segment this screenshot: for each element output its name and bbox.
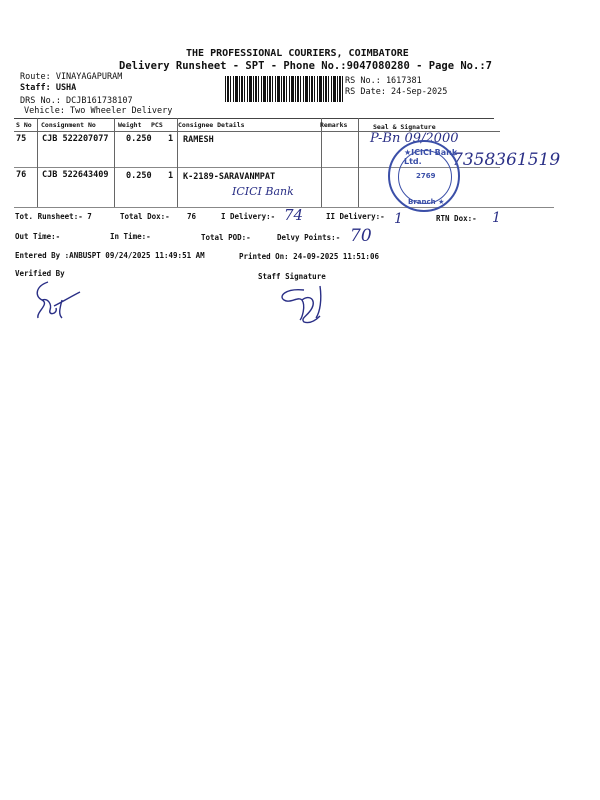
ii-delivery-label: II Delivery:- — [326, 212, 385, 221]
runsheet-subtitle: Delivery Runsheet - SPT - Phone No.:9047… — [119, 60, 492, 72]
rs-number: RS No.: 1617381 — [345, 76, 422, 86]
tot-runsheet: Tot. Runsheet:- 7 — [15, 212, 92, 221]
col-header-seal: Seal & Signature — [373, 123, 436, 131]
col-divider — [358, 118, 359, 207]
verified-by-label: Verified By — [15, 269, 65, 278]
stamp-bottom-text: Branch ★ — [408, 198, 444, 206]
row-75-weight: 0.250 — [126, 134, 152, 144]
staff-signature-label: Staff Signature — [258, 272, 326, 281]
rtn-dox-label: RTN Dox:- — [436, 214, 477, 223]
bank-stamp: ★ICICI Bank Ltd. 2769 Branch ★ — [388, 140, 460, 212]
drs-number: DRS No.: DCJB161738107 — [20, 96, 133, 106]
col-divider — [177, 118, 178, 207]
company-title: THE PROFESSIONAL COURIERS, COIMBATORE — [186, 48, 409, 59]
rtn-dox-value: 1 — [492, 210, 501, 226]
row-76-consignment: CJB 522643409 — [42, 170, 109, 180]
col-header-consignment: Consignment No — [41, 121, 96, 129]
in-time: In Time:- — [110, 232, 151, 241]
ii-delivery-value: 1 — [394, 211, 403, 227]
staff-signature-icon — [276, 282, 331, 327]
rs-date: RS Date: 24-Sep-2025 — [345, 87, 447, 97]
delvy-points-value: 70 — [350, 226, 372, 246]
row-75-sno: 75 — [16, 134, 26, 144]
table-top-border — [14, 118, 494, 119]
verified-signature-icon — [28, 278, 83, 323]
col-header-sno: S No — [16, 121, 32, 129]
row-76-sno: 76 — [16, 170, 26, 180]
col-header-remarks: Remarks — [320, 121, 347, 129]
col-header-weight: Weight — [118, 121, 141, 129]
row-75-consignment: CJB 522207077 — [42, 134, 109, 144]
total-pod: Total POD:- — [201, 233, 251, 242]
stamp-code: 2769 — [416, 172, 435, 180]
stamp-top-text: ★ICICI Bank Ltd. — [404, 148, 458, 166]
entered-by: Entered By :ANBUSPT 09/24/2025 11:49:51 … — [15, 251, 205, 260]
total-dox-value: 76 — [187, 212, 196, 221]
delvy-points-label: Delvy Points:- — [277, 233, 340, 242]
printed-on: Printed On: 24-09-2025 11:51:06 — [239, 252, 379, 261]
row-75-consignee: RAMESH — [183, 135, 214, 145]
handwritten-phone: 7358361519 — [452, 150, 560, 170]
i-delivery-label: I Delivery:- — [221, 212, 275, 221]
handwritten-consignee-note: ICICI Bank — [232, 185, 294, 198]
col-header-consignee: Consignee Details — [178, 121, 245, 129]
out-time: Out Time:- — [15, 232, 60, 241]
total-dox-label: Total Dox:- — [120, 212, 170, 221]
col-header-pcs: PCS — [151, 121, 163, 129]
col-divider — [114, 118, 115, 207]
i-delivery-value: 74 — [284, 206, 303, 224]
col-divider — [37, 118, 38, 207]
row-76-consignee: K-2189-SARAVANMPAT — [183, 172, 275, 182]
row-75-pcs: 1 — [168, 134, 173, 144]
route: Route: VINAYAGAPURAM — [20, 72, 122, 82]
row-76-weight: 0.250 — [126, 171, 152, 181]
col-divider — [321, 118, 322, 207]
staff: Staff: USHA — [20, 83, 76, 93]
barcode — [225, 76, 343, 102]
row-76-pcs: 1 — [168, 171, 173, 181]
vehicle: Vehicle: Two Wheeler Delivery — [24, 106, 172, 116]
